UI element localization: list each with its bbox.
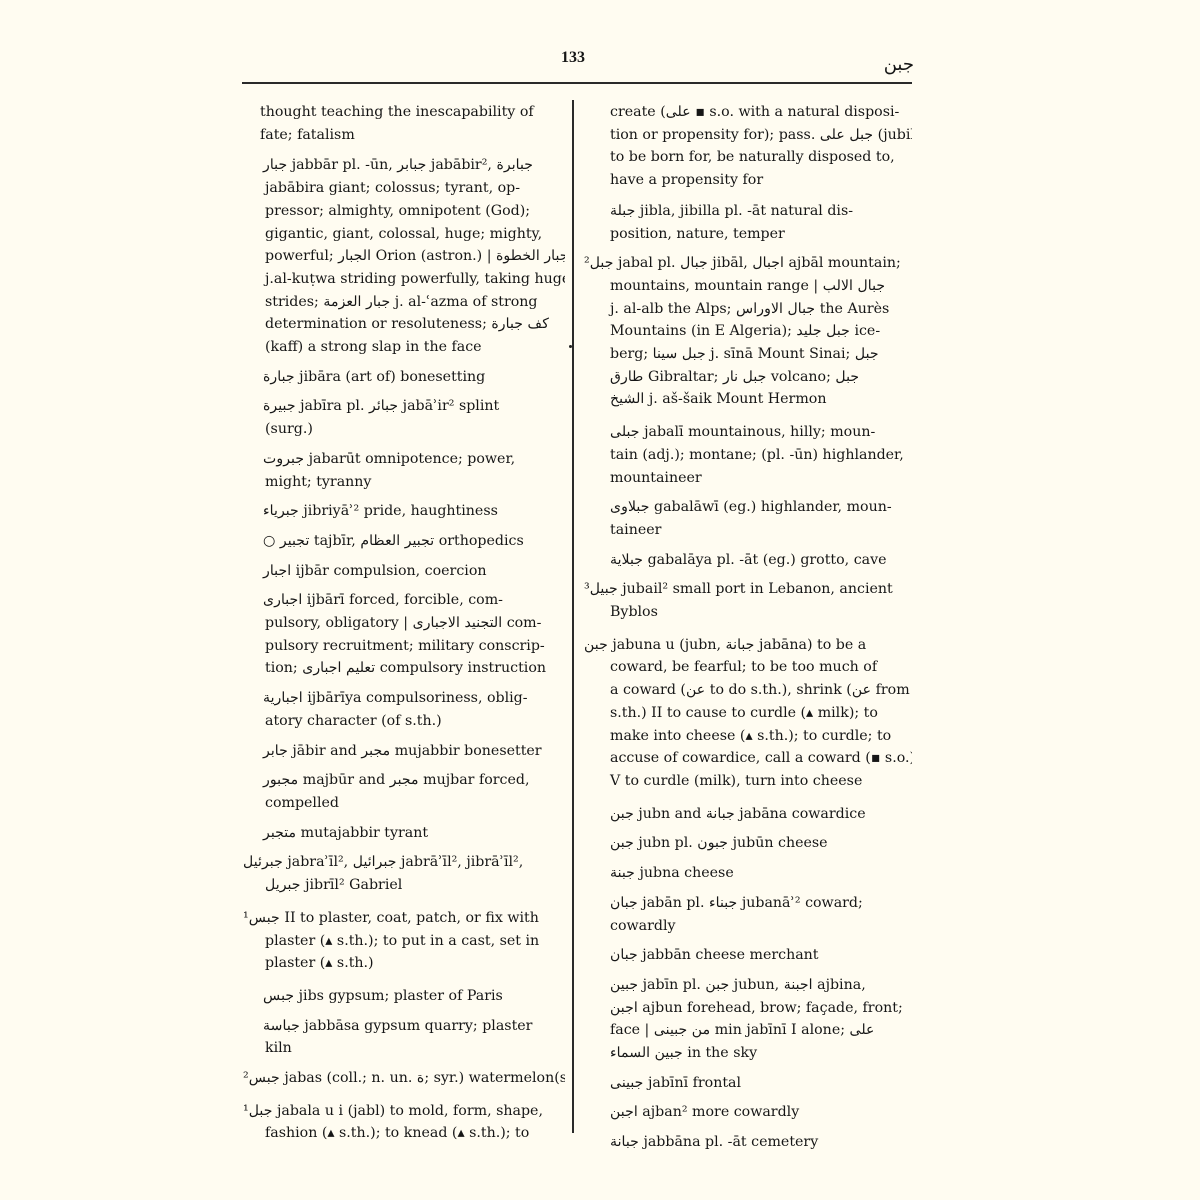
entry-line: fate; fatalism — [243, 124, 565, 147]
entry-line: Byblos — [584, 601, 912, 624]
dictionary-sub-entry: جبنة jubna cheese — [584, 862, 912, 885]
entry-line: جبانة jabbāna pl. -āt cemetery — [584, 1131, 912, 1154]
dictionary-page: 133 جبن thought teaching the inescapabil… — [0, 0, 1200, 1200]
entry-line: متجبر mutajabbir tyrant — [243, 822, 565, 845]
entry-line: determination or resoluteness; كف جبارة — [243, 313, 565, 336]
running-head-arabic: جبن — [874, 54, 914, 75]
entry-line: ¹جبل jabala u i (jabl) to mold, form, sh… — [243, 1100, 565, 1123]
entry-line: جبرياء jibriyāʾ² pride, haughtiness — [243, 500, 565, 523]
entry-line: a coward (عن to do s.th.), shrink (عن fr… — [584, 679, 912, 702]
entry-line: جبنة jubna cheese — [584, 862, 912, 885]
dictionary-main-entry: جبرئيل jabraʾīl², جبرائيل jabrāʾīl², jib… — [243, 851, 565, 896]
entry-line: جبرئيل jabraʾīl², جبرائيل jabrāʾīl², jib… — [243, 851, 565, 874]
entry-line: ²جبس jabas (coll.; n. un. ة; syr.) water… — [243, 1067, 565, 1090]
entry-line: gigantic, giant, colossal, huge; mighty, — [243, 223, 565, 246]
dictionary-continuation: thought teaching the inescapability offa… — [243, 101, 565, 146]
dictionary-sub-entry: جبن jubn and جبانة jabāna cowardice — [584, 803, 912, 826]
entry-line: اجبن ajbun forehead, brow; façade, front… — [584, 997, 912, 1020]
entry-line: جابر jābir and مجبر mujabbir bonesetter — [243, 740, 565, 763]
dictionary-sub-entry: جابر jābir and مجبر mujabbir bonesetter — [243, 740, 565, 763]
dictionary-sub-entry: جبرياء jibriyāʾ² pride, haughtiness — [243, 500, 565, 523]
entry-line: strides; جبار العزمة j. al-ʿazma of stro… — [243, 291, 565, 314]
print-speck — [569, 345, 572, 348]
dictionary-sub-entry: جبينى jabīnī frontal — [584, 1072, 912, 1095]
entry-line: tain (adj.); montane; (pl. -ūn) highland… — [584, 444, 912, 467]
entry-line: جبلى jabalī mountainous, hilly; moun- — [584, 421, 912, 444]
entry-line: جبان jabbān cheese merchant — [584, 944, 912, 967]
dictionary-sub-entry: جبيرة jabīra pl. جبائر jabāʾir² splint(s… — [243, 395, 565, 440]
entry-line: اجبارى ijbārī forced, forcible, com- — [243, 589, 565, 612]
entry-line: j.al-kuṭwa striding powerfully, taking h… — [243, 268, 565, 291]
entry-line: make into cheese (▴ s.th.); to curdle; t… — [584, 725, 912, 748]
entry-line: جبينى jabīnī frontal — [584, 1072, 912, 1095]
dictionary-continuation: create (على ▪ s.o. with a natural dispos… — [584, 101, 912, 192]
entry-line: mountaineer — [584, 467, 912, 490]
entry-line: جبن jabuna u (jubn, جبانة jabāna) to be … — [584, 634, 912, 657]
dictionary-sub-entry: اجبار ijbār compulsion, coercion — [243, 560, 565, 583]
entry-line: kiln — [243, 1037, 565, 1060]
entry-line: fashion (▴ s.th.); to knead (▴ s.th.); t… — [243, 1122, 565, 1145]
dictionary-main-entry: جبن jabuna u (jubn, جبانة jabāna) to be … — [584, 634, 912, 793]
entry-line: ¹جبس II to plaster, coat, patch, or fix … — [243, 907, 565, 930]
dictionary-sub-entry: جبين jabīn pl. جبن jubun, اجبنة ajbina,ا… — [584, 974, 912, 1065]
entry-line: to be born for, be naturally disposed to… — [584, 146, 912, 169]
dictionary-sub-entry: جبارة jibāra (art of) bonesetting — [243, 366, 565, 389]
left-column: thought teaching the inescapability offa… — [243, 101, 565, 1155]
entry-line: thought teaching the inescapability of — [243, 101, 565, 124]
dictionary-sub-entry: جبس jibs gypsum; plaster of Paris — [243, 985, 565, 1008]
entry-line: جبن jubn pl. جبون jubūn cheese — [584, 832, 912, 855]
entry-line: (kaff) a strong slap in the face — [243, 336, 565, 359]
dictionary-sub-entry: اجبارية ijbārīya compulsoriness, oblig-a… — [243, 687, 565, 732]
dictionary-sub-entry: جبروت jabarūt omnipotence; power,might; … — [243, 448, 565, 493]
entry-line: جبروت jabarūt omnipotence; power, — [243, 448, 565, 471]
entry-line: اجبن ajban² more cowardly — [584, 1101, 912, 1124]
entry-line: (surg.) — [243, 418, 565, 441]
entry-line: j. al-alb the Alps; جبال الاوراس the Aur… — [584, 298, 912, 321]
entry-line: جبريل jibrīl² Gabriel — [243, 874, 565, 897]
entry-line: atory character (of s.th.) — [243, 710, 565, 733]
column-divider — [572, 100, 574, 1133]
entry-line: جبلاية gabalāya pl. -āt (eg.) grotto, ca… — [584, 549, 912, 572]
dictionary-sub-entry: جباسة jabbāsa gypsum quarry; plasterkiln — [243, 1015, 565, 1060]
entry-line: جباسة jabbāsa gypsum quarry; plaster — [243, 1015, 565, 1038]
entry-line: جبن jubn and جبانة jabāna cowardice — [584, 803, 912, 826]
entry-line: جبيرة jabīra pl. جبائر jabāʾir² splint — [243, 395, 565, 418]
entry-line: plaster (▴ s.th.) — [243, 952, 565, 975]
entry-line: الشيخ j. aš-šaik Mount Hermon — [584, 388, 912, 411]
entry-line: coward, be fearful; to be too much of — [584, 656, 912, 679]
entry-line: s.th.) II to cause to curdle (▴ milk); t… — [584, 702, 912, 725]
entry-line: tion; تعليم اجبارى compulsory instructio… — [243, 657, 565, 680]
entry-line: taineer — [584, 519, 912, 542]
entry-line: اجبارية ijbārīya compulsoriness, oblig- — [243, 687, 565, 710]
entry-line: tion or propensity for); pass. جبل على (… — [584, 124, 912, 147]
right-column: create (على ▪ s.o. with a natural dispos… — [584, 101, 912, 1161]
dictionary-sub-entry: ○ تجبير tajbīr, تجبير العظام orthopedics — [243, 530, 565, 553]
entry-line: pulsory, obligatory | التجنيد الاجبارى c… — [243, 612, 565, 635]
entry-line: compelled — [243, 792, 565, 815]
dictionary-sub-entry: اجبارى ijbārī forced, forcible, com-puls… — [243, 589, 565, 680]
dictionary-main-entry: ¹جبل jabala u i (jabl) to mold, form, sh… — [243, 1100, 565, 1145]
dictionary-sub-entry: جبلى jabalī mountainous, hilly; moun-tai… — [584, 421, 912, 489]
entry-line: pressor; almighty, omnipotent (God); — [243, 200, 565, 223]
dictionary-sub-entry: جبن jubn pl. جبون jubūn cheese — [584, 832, 912, 855]
dictionary-sub-entry: مجبور majbūr and مجبر mujbar forced,comp… — [243, 769, 565, 814]
entry-line: pulsory recruitment; military conscrip- — [243, 635, 565, 658]
entry-line: might; tyranny — [243, 471, 565, 494]
entry-line: accuse of cowardice, call a coward (▪ s.… — [584, 747, 912, 770]
page-number: 133 — [540, 49, 606, 67]
dictionary-sub-entry: جبانة jabbāna pl. -āt cemetery — [584, 1131, 912, 1154]
entry-line: جبان jabān pl. جبناء jubanāʾ² coward; — [584, 892, 912, 915]
dictionary-sub-entry: اجبن ajban² more cowardly — [584, 1101, 912, 1124]
dictionary-main-entry: ²جبل jabal pl. جبال jibāl, اجبال ajbāl m… — [584, 252, 912, 411]
entry-line: plaster (▴ s.th.); to put in a cast, set… — [243, 930, 565, 953]
entry-line: have a propensity for — [584, 169, 912, 192]
entry-line: مجبور majbūr and مجبر mujbar forced, — [243, 769, 565, 792]
dictionary-main-entry: ³جبيل jubail² small port in Lebanon, anc… — [584, 578, 912, 623]
entry-line: V to curdle (milk), turn into cheese — [584, 770, 912, 793]
dictionary-sub-entry: متجبر mutajabbir tyrant — [243, 822, 565, 845]
entry-line: جبين السماء in the sky — [584, 1042, 912, 1065]
dictionary-sub-entry: جبان jabān pl. جبناء jubanāʾ² coward;cow… — [584, 892, 912, 937]
entry-line: jabābira giant; colossus; tyrant, op- — [243, 177, 565, 200]
dictionary-sub-entry: جبلاوى gabalāwī (eg.) highlander, moun-t… — [584, 496, 912, 541]
entry-line: طارق Gibraltar; جبل نار volcano; جبل — [584, 366, 912, 389]
entry-line: جبين jabīn pl. جبن jubun, اجبنة ajbina, — [584, 974, 912, 997]
entry-line: اجبار ijbār compulsion, coercion — [243, 560, 565, 583]
dictionary-sub-entry: جبار jabbār pl. -ūn, جبابر jabābir², جبا… — [243, 154, 565, 358]
entry-line: berg; جبل سينا j. sīnā Mount Sinai; جبل — [584, 343, 912, 366]
entry-line: ²جبل jabal pl. جبال jibāl, اجبال ajbāl m… — [584, 252, 912, 275]
entry-line: mountains, mountain range | جبال الالب — [584, 275, 912, 298]
entry-line: جبارة jibāra (art of) bonesetting — [243, 366, 565, 389]
dictionary-main-entry: ²جبس jabas (coll.; n. un. ة; syr.) water… — [243, 1067, 565, 1090]
entry-line: create (على ▪ s.o. with a natural dispos… — [584, 101, 912, 124]
entry-line: جبس jibs gypsum; plaster of Paris — [243, 985, 565, 1008]
entry-line: ○ تجبير tajbīr, تجبير العظام orthopedics — [243, 530, 565, 553]
header-rule — [242, 82, 912, 84]
entry-line: position, nature, temper — [584, 223, 912, 246]
entry-line: face | من جبينى min jabīnī I alone; على — [584, 1019, 912, 1042]
dictionary-sub-entry: جبان jabbān cheese merchant — [584, 944, 912, 967]
entry-line: ³جبيل jubail² small port in Lebanon, anc… — [584, 578, 912, 601]
entry-line: powerful; الجبار Orion (astron.) | جبار … — [243, 245, 565, 268]
entry-line: جبلاوى gabalāwī (eg.) highlander, moun- — [584, 496, 912, 519]
entry-line: Mountains (in E Algeria); جبل جليد ice- — [584, 320, 912, 343]
entry-line: cowardly — [584, 915, 912, 938]
dictionary-sub-entry: جبلاية gabalāya pl. -āt (eg.) grotto, ca… — [584, 549, 912, 572]
dictionary-sub-entry: جبلة jibla, jibilla pl. -āt natural dis-… — [584, 200, 912, 245]
dictionary-main-entry: ¹جبس II to plaster, coat, patch, or fix … — [243, 907, 565, 975]
entry-line: جبار jabbār pl. -ūn, جبابر jabābir², جبا… — [243, 154, 565, 177]
entry-line: جبلة jibla, jibilla pl. -āt natural dis- — [584, 200, 912, 223]
